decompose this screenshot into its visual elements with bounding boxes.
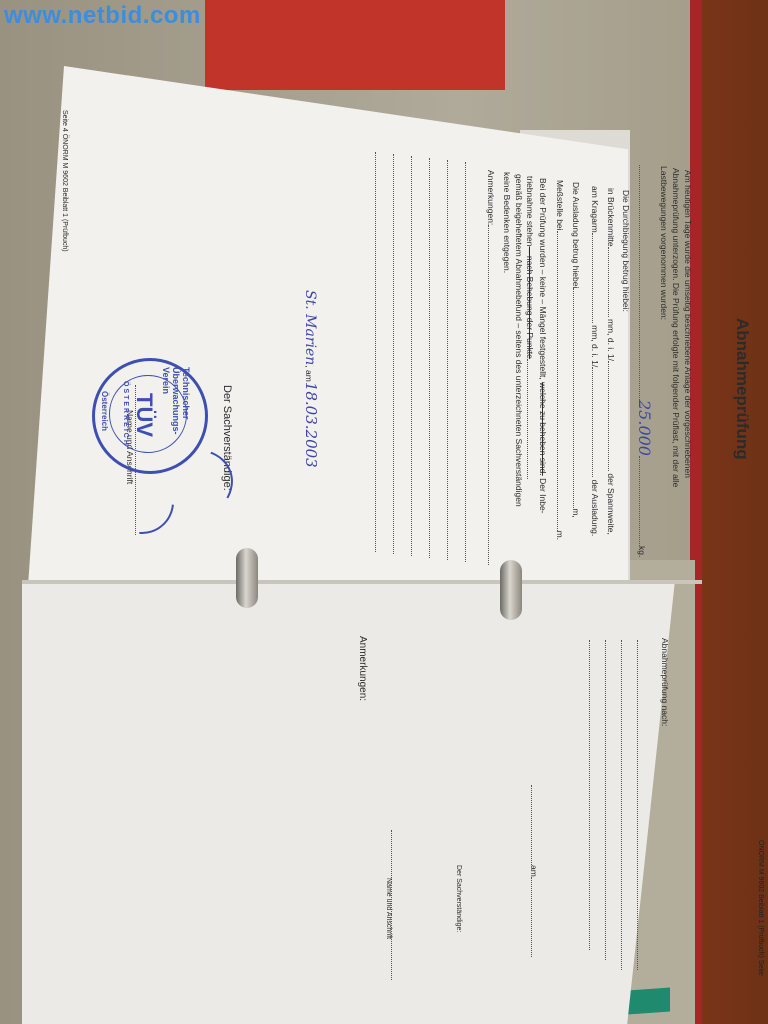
bridge-center-dots — [608, 247, 617, 317]
cantilever-unit: mm, d. i. 1/ — [590, 325, 600, 367]
cantilever-outreach-dots — [592, 367, 601, 477]
date-row: am — [528, 785, 540, 957]
measure-point-row: Meßstelle beim. — [554, 180, 566, 540]
date-value: 18.03.2003 — [302, 382, 320, 468]
watermark: www.netbid.com — [4, 2, 201, 30]
remarks-line-1 — [460, 162, 478, 562]
inspection-dots-1 — [637, 640, 646, 970]
stamp-center-text: TÜV — [131, 393, 157, 437]
remarks-dots-1 — [465, 162, 474, 562]
right-date-dots — [531, 877, 540, 957]
right-name-address-label: Name und Anschrift — [385, 878, 392, 939]
right-place-dots — [531, 785, 540, 865]
load-unit: kg. — [637, 546, 647, 557]
intro-line-3: Lastbewegungen vorgenommen wurden: — [658, 166, 669, 320]
stamp-bottom-text: Österreich — [100, 391, 109, 431]
inspection-dots-3 — [605, 640, 614, 960]
remarks-dots-5 — [393, 154, 402, 554]
left-footer: Seite 4 ÖNORM M 9602 Beiblatt 1 (Prüfbuc… — [61, 110, 68, 252]
inspection-line-2 — [616, 640, 634, 970]
right-signature-dots — [391, 830, 400, 980]
red-binder-top — [205, 0, 505, 90]
remarks-dots-6 — [375, 152, 384, 552]
findings-line-2: triebnahme stehen – nach Behebung der Pu… — [524, 176, 536, 479]
measure-point-unit: m. — [555, 531, 565, 540]
right-remarks-label: Anmerkungen: — [357, 636, 368, 701]
bridge-center-unit: mm, d. i. 1/ — [606, 319, 616, 361]
remarks-line-3 — [424, 158, 442, 558]
place-value: St. Marien — [302, 290, 318, 365]
outreach-label: Die Ausladung betrug hiebei — [571, 182, 581, 288]
bridge-span-dots — [608, 361, 617, 471]
date-label: , am — [304, 365, 314, 382]
bridge-center-label: in Brückenmitte — [606, 188, 616, 247]
intro-line-1: Am heutigen Tage wurde die umseitig besc… — [682, 170, 693, 478]
outreach-row: Die Ausladung betrug hiebeim, — [570, 182, 582, 518]
outreach-unit: m, — [571, 508, 581, 517]
remarks-dots-3 — [429, 158, 438, 558]
load-row: 25.000kg. — [634, 165, 654, 557]
findings-text-3: triebnahme stehen — [525, 176, 535, 246]
remarks-label: Anmerkungen: — [486, 170, 496, 225]
findings-text-2: Der Inbe- — [538, 476, 548, 514]
findings-dots — [527, 359, 536, 479]
stamp-inner-text: ÖSTERREICH — [122, 381, 129, 447]
load-dots-2 — [639, 456, 648, 546]
remarks-dots — [488, 225, 497, 565]
remarks-row: Anmerkungen: — [485, 170, 497, 565]
inspection-dots-4 — [589, 640, 598, 950]
bridge-center-suffix: der Spannweite, — [606, 473, 616, 534]
deflection-label: Die Durchbiegung betrug hiebei: — [620, 190, 631, 312]
place-date-row: St. Marien, am18.03.2003 — [301, 290, 320, 468]
remarks-line-2 — [442, 160, 460, 560]
inspection-line-3 — [600, 640, 618, 960]
cantilever-label: am Kragarm — [590, 186, 600, 233]
binder-ring-right — [500, 560, 522, 620]
remarks-line-4 — [406, 156, 424, 556]
remarks-dots-4 — [411, 156, 420, 556]
page-fold — [22, 580, 702, 584]
cantilever-row: am Kragarm mm, d. i. 1/ der Ausladung. — [589, 186, 601, 536]
load-dots — [639, 165, 648, 400]
outreach-dots — [573, 288, 582, 508]
inspection-dots-2 — [621, 640, 630, 970]
page-title: Abnahmeprüfung — [732, 318, 752, 460]
cantilever-suffix: der Ausladung. — [590, 480, 600, 537]
bridge-center-row: in Brückenmitte mm, d. i. 1/ der Spannwe… — [605, 188, 617, 535]
load-value: 25.000 — [635, 400, 654, 456]
findings-line-4: keine Bedenken entgegen. — [501, 172, 512, 273]
right-expert-label: Der Sachverständige: — [455, 865, 462, 932]
findings-struck-text: welche zu beheben sind. — [538, 382, 548, 476]
intro-line-2: Abnahmeprüfung unterzogen. Die Prüfung e… — [670, 168, 681, 487]
measure-point-label: Meßstelle bei — [555, 180, 565, 231]
findings-line-3: gemäß beigeheftetem Abnahmebefund – seit… — [513, 174, 524, 507]
findings-text: Bei der Prüfung wurden – keine – Mängel … — [538, 178, 548, 380]
findings-line-1: Bei der Prüfung wurden – keine – Mängel … — [537, 178, 548, 514]
right-date-label: am — [529, 865, 539, 877]
stamp-outer-text: Technischer Überwachungs-Verein — [161, 367, 191, 435]
measure-point-dots — [557, 231, 566, 531]
inspection-label: Abnahmeprüfung nach: — [659, 638, 670, 726]
remarks-dots-2 — [447, 160, 456, 560]
right-footer: ÖNORM M 9602 Beiblatt 1 (Prüfbuch) Seite — [757, 840, 764, 976]
cantilever-dots — [592, 233, 601, 323]
inspection-line-1 — [632, 640, 650, 970]
findings-struck-text-2: – nach Behebung der Punkte — [525, 246, 535, 358]
remarks-line-6 — [370, 152, 388, 552]
inspection-line-4 — [584, 640, 602, 950]
binder-ring-left — [236, 548, 258, 608]
remarks-line-5 — [388, 154, 406, 554]
